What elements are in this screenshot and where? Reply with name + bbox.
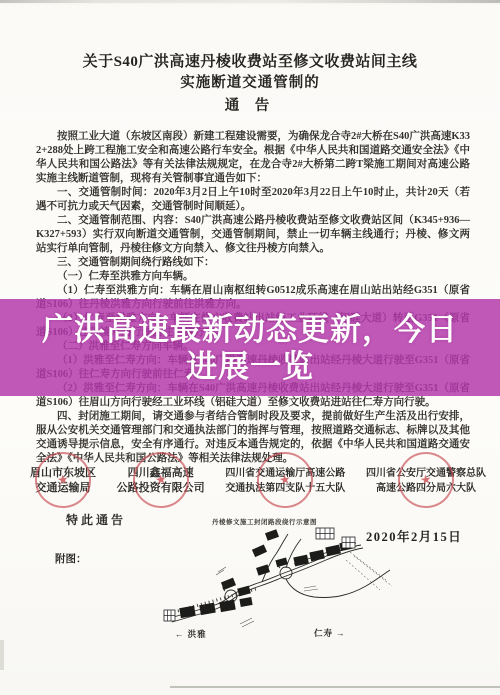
headline-line-1: 广洪高速最新动态更新，今日 bbox=[42, 311, 458, 348]
signature-text: 高速公路四分局六大队 bbox=[366, 481, 486, 496]
closing-statement: 特此通告 bbox=[66, 511, 126, 528]
signature-text: 四川省公安厅交通警察总队 bbox=[366, 466, 486, 481]
paragraph-item-1: 一、交通管制时间：2020年3月2日上午10时至2020年3月22日上午10时止… bbox=[36, 186, 470, 214]
attachment-label: 附图： bbox=[55, 551, 87, 566]
signature-row: ★ 眉山市东坡区 交通运输局 ★ 四川鑫福高速 公路投资有限公司 ★ 四川省交通… bbox=[30, 466, 486, 496]
paragraph-item-2: 二、交通管制范围、内容：S40广洪高速公路丹棱收费站至修文收费站区间（K345+… bbox=[36, 214, 470, 256]
signature-text: 交通运输局 bbox=[30, 481, 96, 496]
notice-photo: 关于S40广洪高速丹棱收费站至修文收费站间主线 实施断道交通管制的 通 告 按照… bbox=[0, 0, 500, 695]
photo-bottom-edge bbox=[170, 686, 500, 688]
signature-police: ★ 四川省公安厅交通警察总队 高速公路四分局六大队 bbox=[366, 466, 486, 496]
headline-line-2: 进展一览 bbox=[186, 348, 314, 385]
paragraph-item-4: 四、封闭施工期间，请交通参与者结合管制时段及要求，提前做好生产生活及出行安排，服… bbox=[36, 410, 470, 466]
signature-enforcement: ★ 四川省交通运输厅高速公路 交通执法第四支队十五大队 bbox=[225, 466, 345, 496]
signature-text: 眉山市东坡区 bbox=[30, 466, 96, 481]
diagram-title: 丹棱修文施工封闭路段绕行示意图 bbox=[212, 517, 317, 526]
headline-overlay-banner: 广洪高速最新动态更新，今日 进展一览 bbox=[0, 299, 500, 396]
signature-text: 公路投资有限公司 bbox=[117, 481, 205, 496]
notice-body: 按照工业大道（东坡区南段）新建工程建设需要，为确保龙合寺2#大桥在S40广洪高速… bbox=[36, 130, 470, 466]
title-line-3: 通 告 bbox=[0, 96, 500, 117]
photo-left-smudge bbox=[0, 640, 4, 670]
paragraph-intro: 按照工业大道（东坡区南段）新建工程建设需要，为确保龙合寺2#大桥在S40广洪高速… bbox=[36, 130, 470, 186]
direction-label-hongya: ← 洪雅 bbox=[175, 628, 207, 640]
notice-title: 关于S40广洪高速丹棱收费站至修文收费站间主线 实施断道交通管制的 通 告 bbox=[0, 52, 500, 117]
direction-label-renshou: 仁寿 → bbox=[314, 627, 346, 639]
signature-text: 四川鑫福高速 bbox=[117, 466, 205, 481]
paragraph-route-a: （一）仁寿至洪雅方向车辆。 bbox=[36, 270, 470, 284]
title-line-1: 关于S40广洪高速丹棱收费站至修文收费站间主线 bbox=[0, 52, 500, 73]
signature-bureau: ★ 眉山市东坡区 交通运输局 bbox=[30, 466, 96, 496]
signature-text: 四川省交通运输厅高速公路 bbox=[225, 466, 345, 481]
detour-map-sketch bbox=[158, 526, 458, 661]
title-line-2: 实施断道交通管制的 bbox=[0, 73, 500, 94]
paragraph-item-3: 三、交通管制期间绕行路线如下： bbox=[36, 256, 470, 270]
signature-company: ★ 四川鑫福高速 公路投资有限公司 bbox=[117, 466, 205, 496]
photo-top-edge bbox=[0, 0, 500, 3]
signature-text: 交通执法第四支队十五大队 bbox=[225, 481, 345, 496]
